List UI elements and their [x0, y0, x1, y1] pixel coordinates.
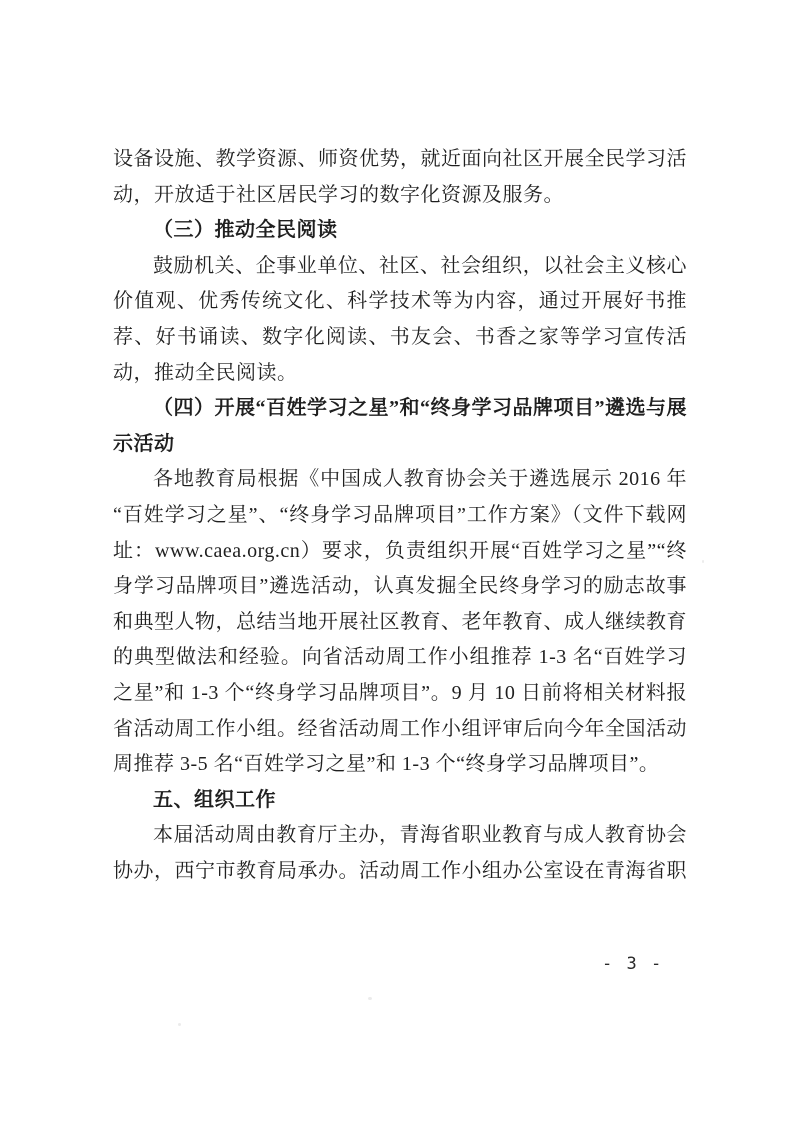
document-body: 设备设施、教学资源、师资优势，就近面向社区开展全民学习活动，开放适于社区居民学习…: [113, 142, 687, 889]
paragraph: 各地教育局根据《中国成人教育协会关于遴选展示 2016 年“百姓学习之星”、“终…: [113, 462, 687, 782]
document-page: 设备设施、教学资源、师资优势，就近面向社区开展全民学习活动，开放适于社区居民学习…: [0, 0, 793, 1123]
paragraph-continuation: 设备设施、教学资源、师资优势，就近面向社区开展全民学习活动，开放适于社区居民学习…: [113, 142, 687, 213]
section-heading-three: （三）推动全民阅读: [113, 213, 687, 249]
scan-speck: [368, 997, 372, 1000]
page-number: - 3 -: [602, 954, 663, 974]
scan-speck: [178, 1023, 181, 1026]
section-heading-four: （四）开展“百姓学习之星”和“终身学习品牌项目”遴选与展示活动: [113, 391, 687, 462]
scan-speck: [702, 560, 704, 563]
paragraph: 鼓励机关、企事业单位、社区、社会组织，以社会主义核心价值观、优秀传统文化、科学技…: [113, 249, 687, 391]
section-heading-five: 五、组织工作: [113, 783, 687, 819]
paragraph: 本届活动周由教育厅主办，青海省职业教育与成人教育协会协办，西宁市教育局承办。活动…: [113, 818, 687, 889]
